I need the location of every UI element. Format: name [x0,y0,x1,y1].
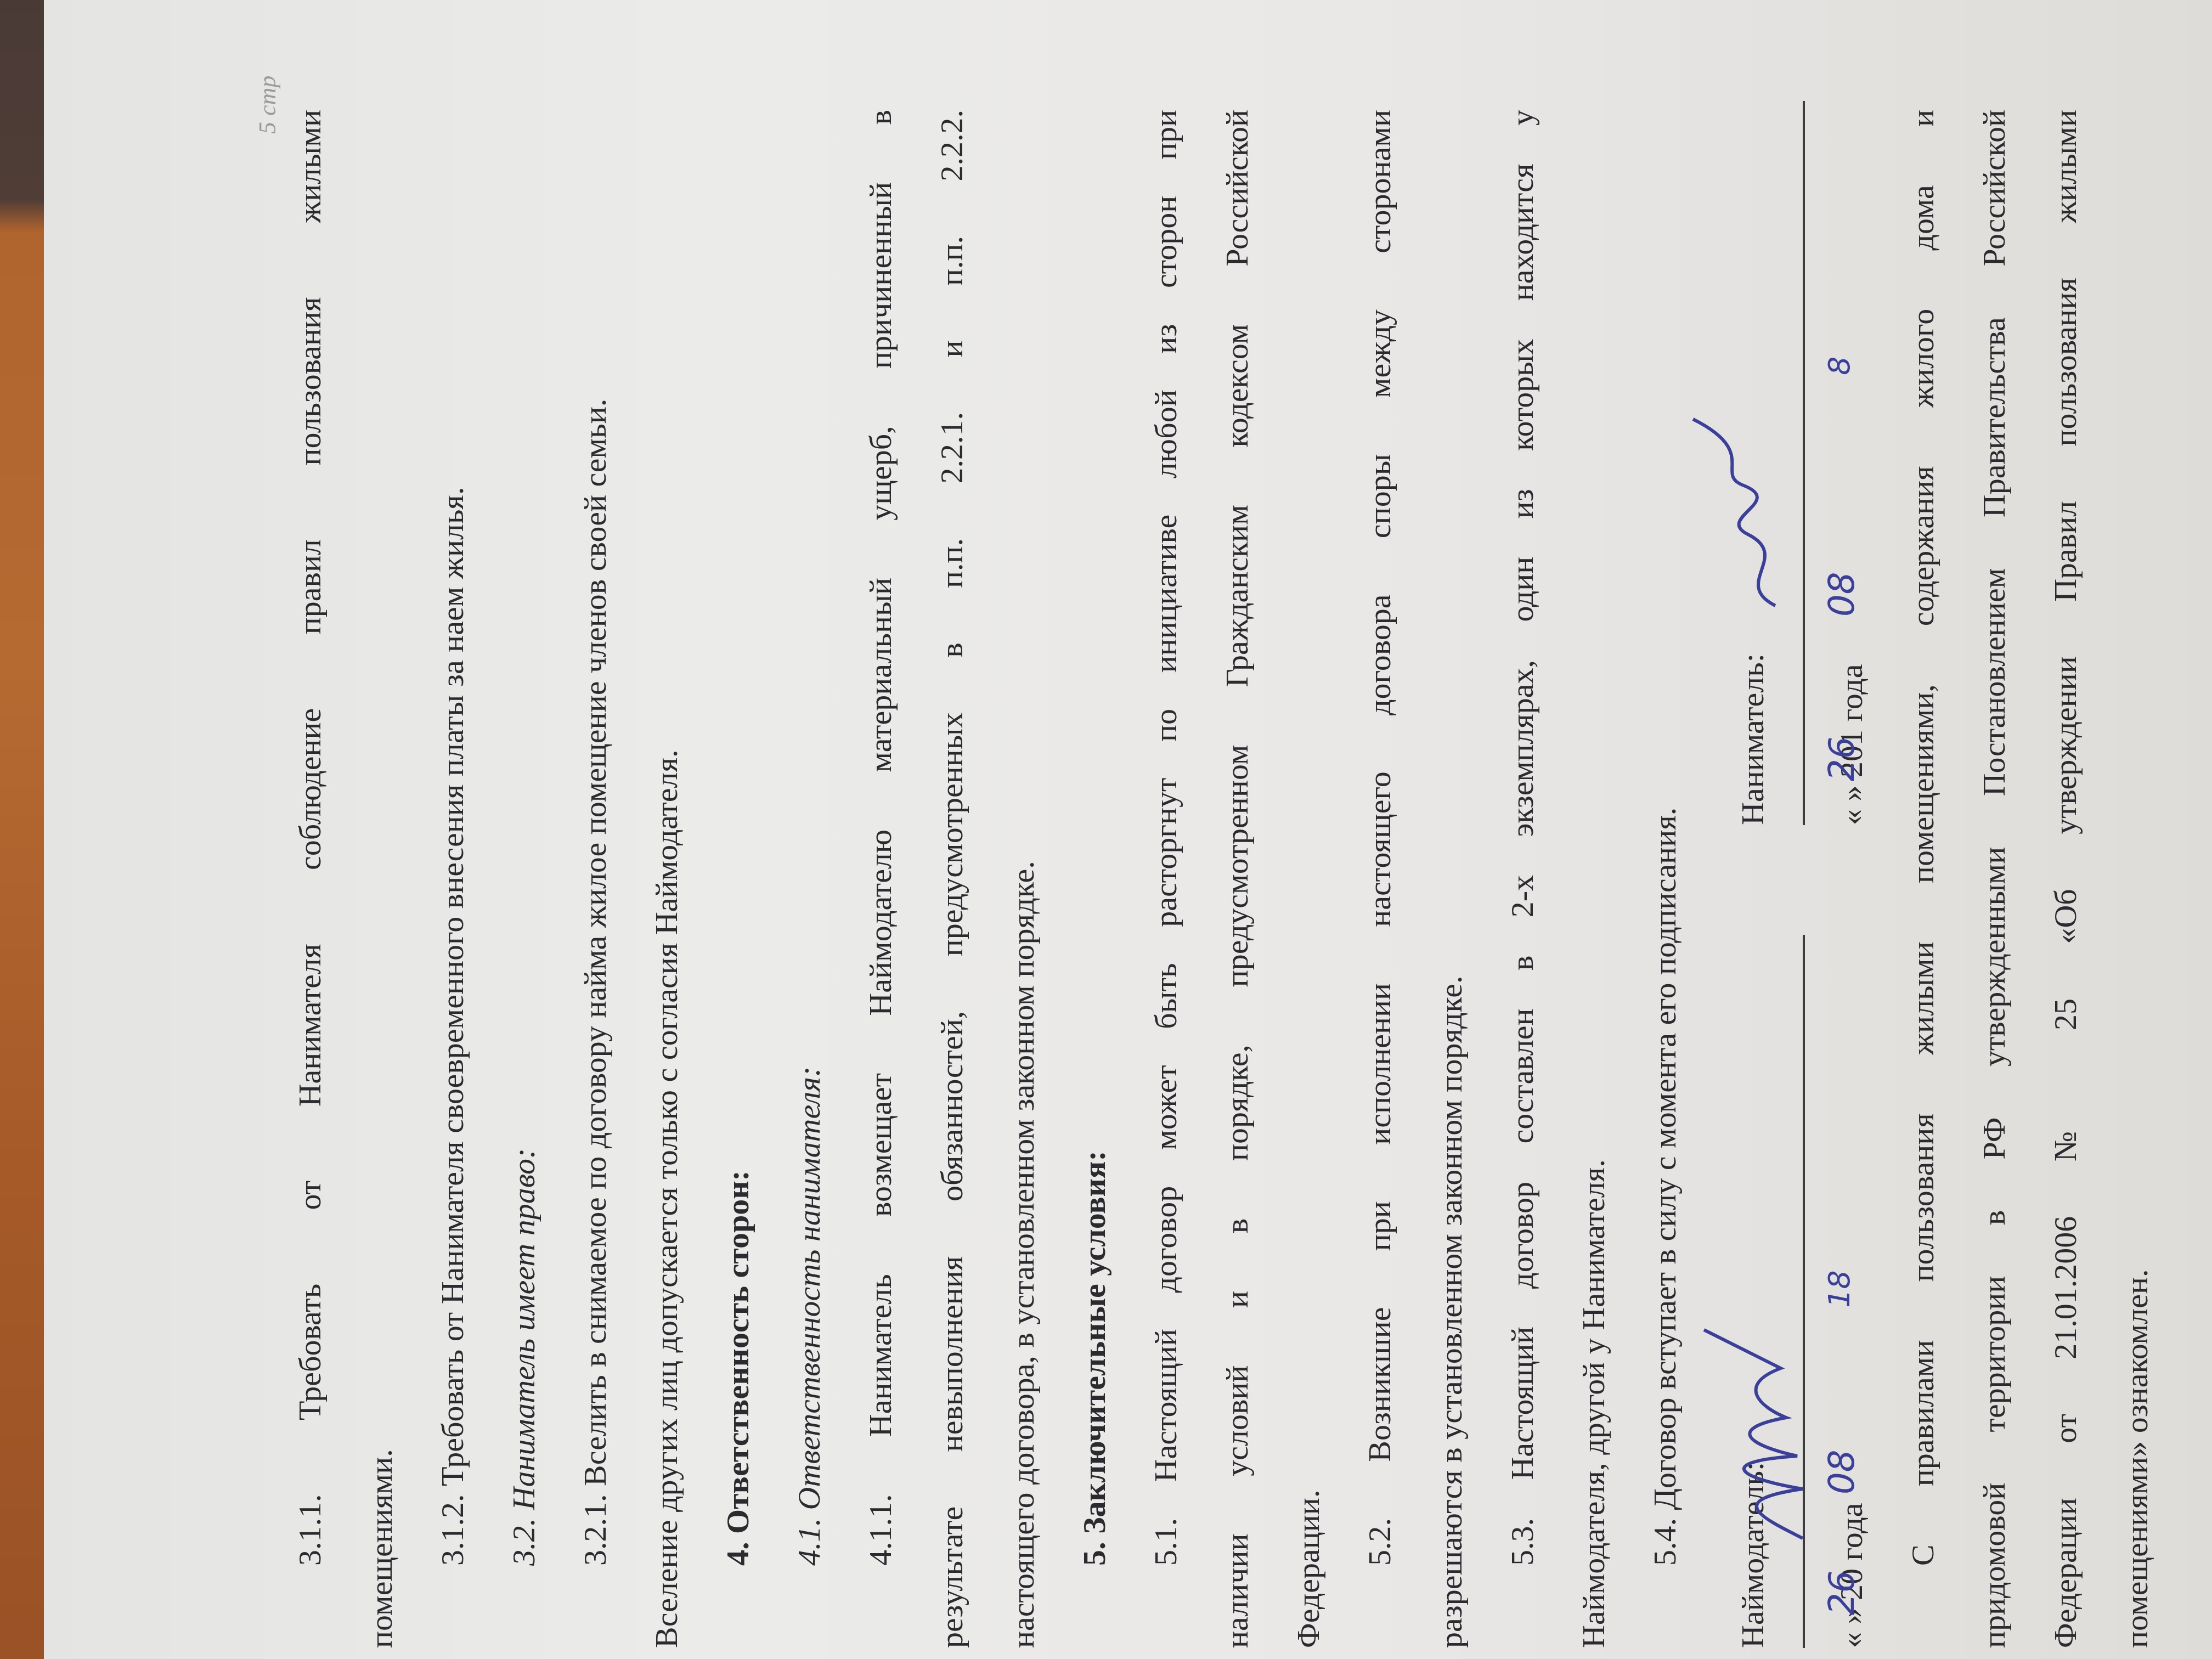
acknowledgement-line-2: придомовой территории в РФ утвержденными… [1978,110,2010,1648]
pencil-note: 5 стр [256,76,280,134]
document-photo: 5 стр 3.1.1. Требовать от Нанимателя соб… [44,0,2212,1659]
tenant-signature [1682,408,1803,617]
paragraph-5-2-line-2: разрешаются в установленном законном пор… [1435,110,1467,1648]
paragraph-4-1-1-line-1: 4.1.1. Наниматель возмещает Наймодателю … [865,110,896,1566]
paragraph-5-1-line-1: 5.1. Настоящий договор может быть растор… [1150,110,1182,1566]
paragraph-5-3-line-1: 5.3. Настоящий договор составлен в 2-х э… [1506,110,1538,1566]
acknowledgement-line-4: помещениями» ознакомлен. [2121,110,2153,1648]
paragraph-5-1-line-2: наличии условий и в порядке, предусмотре… [1221,110,1253,1648]
paragraph-3-1-2: 3.1.2. Требовать от Нанимателя своевреме… [437,110,469,1566]
paragraph-4-1-1-line-2: результате невыполнения обязанностей, пр… [936,110,968,1648]
paragraph-5-4: 5.4. Договор вступает в силу с момента е… [1649,110,1681,1566]
paragraph-4-1-1-line-3: настоящего договора, в установленном зак… [1007,110,1039,1648]
paragraph-3-1-1-line-1: 3.1.1. Требовать от Нанимателя соблюдени… [294,110,326,1566]
acknowledgement-line-3: Федерации от 21.01.2006 № 25 «Об утвержд… [2050,110,2081,1648]
section-4-heading: 4. Ответственность сторон: [722,110,754,1566]
tenant-signature-line [1803,101,1805,825]
tenant-date-year: 8 [1825,357,1854,375]
document-page: 5 стр 3.1.1. Требовать от Нанимателя соб… [113,0,2143,1659]
section-4-1-heading: 4.1. Ответственность нанимателя: [793,110,825,1566]
section-3-2-heading: 3.2. Наниматель имеет право: [508,110,540,1566]
landlord-date-month: 08 [1825,1450,1860,1494]
paragraph-3-2-1-line-1: 3.2.1. Вселить в снимаемое по договору н… [579,110,611,1566]
landlord-date-day: 26 [1825,1571,1860,1615]
landlord-date-year: 18 [1825,1270,1854,1308]
paragraph-3-2-1-line-2: Вселение других лиц допускается только с… [651,110,682,1648]
paragraph-5-2-line-1: 5.2. Возникшие при исполнении настоящего… [1364,110,1396,1566]
landlord-signature [1693,1319,1825,1549]
paragraph-3-1-1-line-2: помещениями. [365,110,397,1648]
section-5-heading: 5. Заключительные условия: [1079,110,1110,1566]
acknowledgement-line-1: С правилами пользования жилыми помещения… [1907,110,1939,1566]
paragraph-5-1-line-3: Федерации. [1293,110,1324,1648]
paragraph-5-3-line-2: Наймодателя, другой у Нанимателя. [1578,110,1610,1648]
tenant-label: Наниматель: [1737,653,1769,825]
tenant-date-month: 08 [1825,572,1860,617]
tenant-date-day: 26 [1825,737,1860,781]
